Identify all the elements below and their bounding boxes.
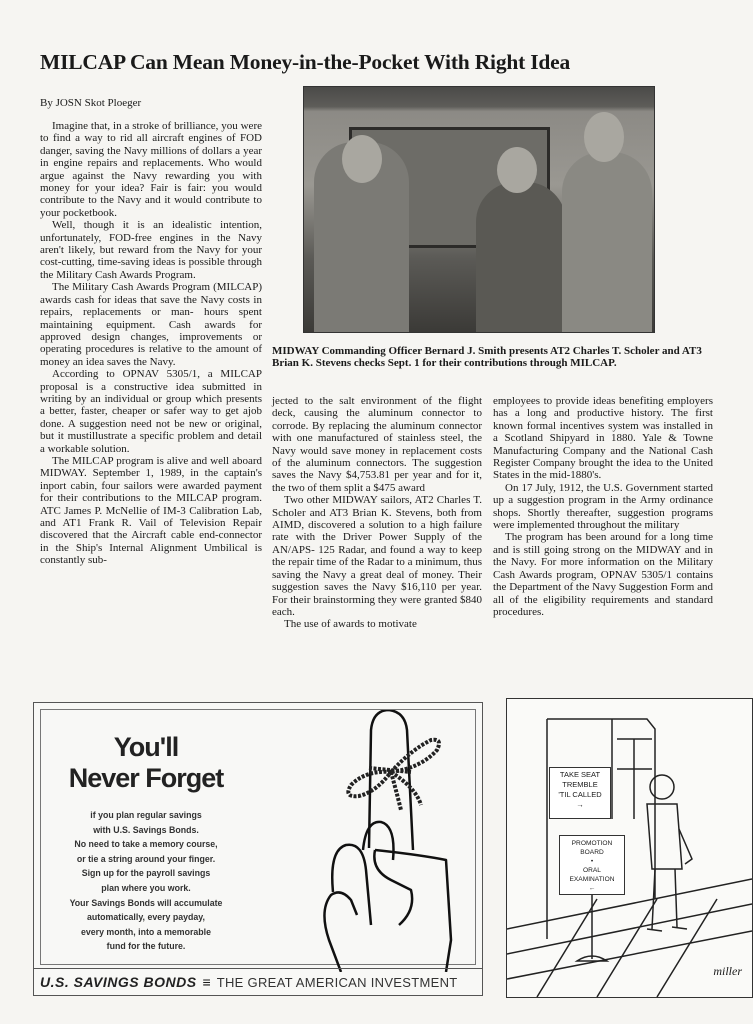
sign-line: 'TIL CALLED xyxy=(552,790,608,800)
ad-body-line: or tie a string around your finger. xyxy=(41,852,251,867)
ad-frame: You'll Never Forget if you plan regular … xyxy=(40,709,476,965)
paragraph: Well, though it is an idealistic intenti… xyxy=(40,219,262,281)
paragraph: The Military Cash Awards Program (MILCAP… xyxy=(40,281,262,368)
ad-body-line: plan where you work. xyxy=(41,881,251,896)
photo-head xyxy=(497,147,537,193)
eagle-flag-icon: ≡ xyxy=(203,974,211,990)
ad-body-line: fund for the future. xyxy=(41,939,251,954)
sign-line: PROMOTION xyxy=(563,839,621,848)
photo-person-right xyxy=(562,152,652,332)
article-byline: By JOSN Skot Ploeger xyxy=(40,97,141,109)
sign-line: TREMBLE xyxy=(552,780,608,790)
article-headline: MILCAP Can Mean Money-in-the-Pocket With… xyxy=(40,50,700,75)
cartoon-drawing xyxy=(507,699,752,997)
ad-title-line: You'll xyxy=(41,732,251,763)
arrow-right-icon: → xyxy=(552,800,608,810)
paragraph: According to OPNAV 5305/1, a MILCAP prop… xyxy=(40,368,262,455)
photo-head xyxy=(342,135,382,183)
ad-tagline: THE GREAT AMERICAN INVESTMENT xyxy=(217,975,458,990)
paragraph: The use of awards to motivate xyxy=(272,618,482,630)
ad-body-line: No need to take a memory course, xyxy=(41,837,251,852)
ad-body-line: if you plan regular savings xyxy=(41,808,251,823)
magazine-page: MILCAP Can Mean Money-in-the-Pocket With… xyxy=(0,0,753,1024)
take-seat-sign: TAKE SEAT TREMBLE 'TIL CALLED → xyxy=(549,767,611,819)
ad-body-line: Your Savings Bonds will accumulate xyxy=(41,896,251,911)
sign-line: BOARD xyxy=(563,848,621,857)
ad-title: You'll Never Forget xyxy=(41,732,251,794)
ad-footer: U.S. SAVINGS BONDS ≡ THE GREAT AMERICAN … xyxy=(34,968,482,995)
ad-body: if you plan regular savings with U.S. Sa… xyxy=(41,808,251,954)
paragraph: Imagine that, in a stroke of brilliance,… xyxy=(40,120,262,219)
ad-body-line: Sign up for the payroll savings xyxy=(41,866,251,881)
sign-line: • xyxy=(563,857,621,866)
paragraph: jected to the salt environment of the fl… xyxy=(272,395,482,494)
photo-caption: MIDWAY Commanding Officer Bernard J. Smi… xyxy=(272,345,712,369)
article-photo xyxy=(303,86,655,333)
savings-bonds-ad: You'll Never Forget if you plan regular … xyxy=(33,702,483,996)
article-column-2: jected to the salt environment of the fl… xyxy=(272,395,482,631)
article-column-3: employees to provide ideas benefiting em… xyxy=(493,395,713,618)
promotion-board-sign: PROMOTION BOARD • ORAL EXAMINATION ← xyxy=(559,835,625,895)
sign-line: ORAL xyxy=(563,866,621,875)
paragraph: employees to provide ideas benefiting em… xyxy=(493,395,713,482)
photo-person-center xyxy=(476,182,566,332)
paragraph: Two other MIDWAY sailors, AT2 Charles T.… xyxy=(272,494,482,618)
sign-line: EXAMINATION xyxy=(563,875,621,884)
paragraph: The MILCAP program is alive and well abo… xyxy=(40,455,262,567)
cartoonist-signature: miller xyxy=(713,964,742,979)
arrow-left-icon: ← xyxy=(563,884,621,893)
promotion-board-cartoon: TAKE SEAT TREMBLE 'TIL CALLED → PROMOTIO… xyxy=(506,698,753,998)
ad-body-line: automatically, every payday, xyxy=(41,910,251,925)
paragraph: The program has been around for a long t… xyxy=(493,531,713,618)
ad-title-line: Never Forget xyxy=(41,763,251,794)
photo-head xyxy=(584,112,624,162)
ad-brand: U.S. SAVINGS BONDS xyxy=(40,974,197,990)
ad-body-line: every month, into a memorable xyxy=(41,925,251,940)
hand-string-illustration xyxy=(271,710,481,972)
sign-line: TAKE SEAT xyxy=(552,770,608,780)
article-column-1: Imagine that, in a stroke of brilliance,… xyxy=(40,120,262,567)
ad-body-line: with U.S. Savings Bonds. xyxy=(41,823,251,838)
paragraph: On 17 July, 1912, the U.S. Government st… xyxy=(493,482,713,532)
